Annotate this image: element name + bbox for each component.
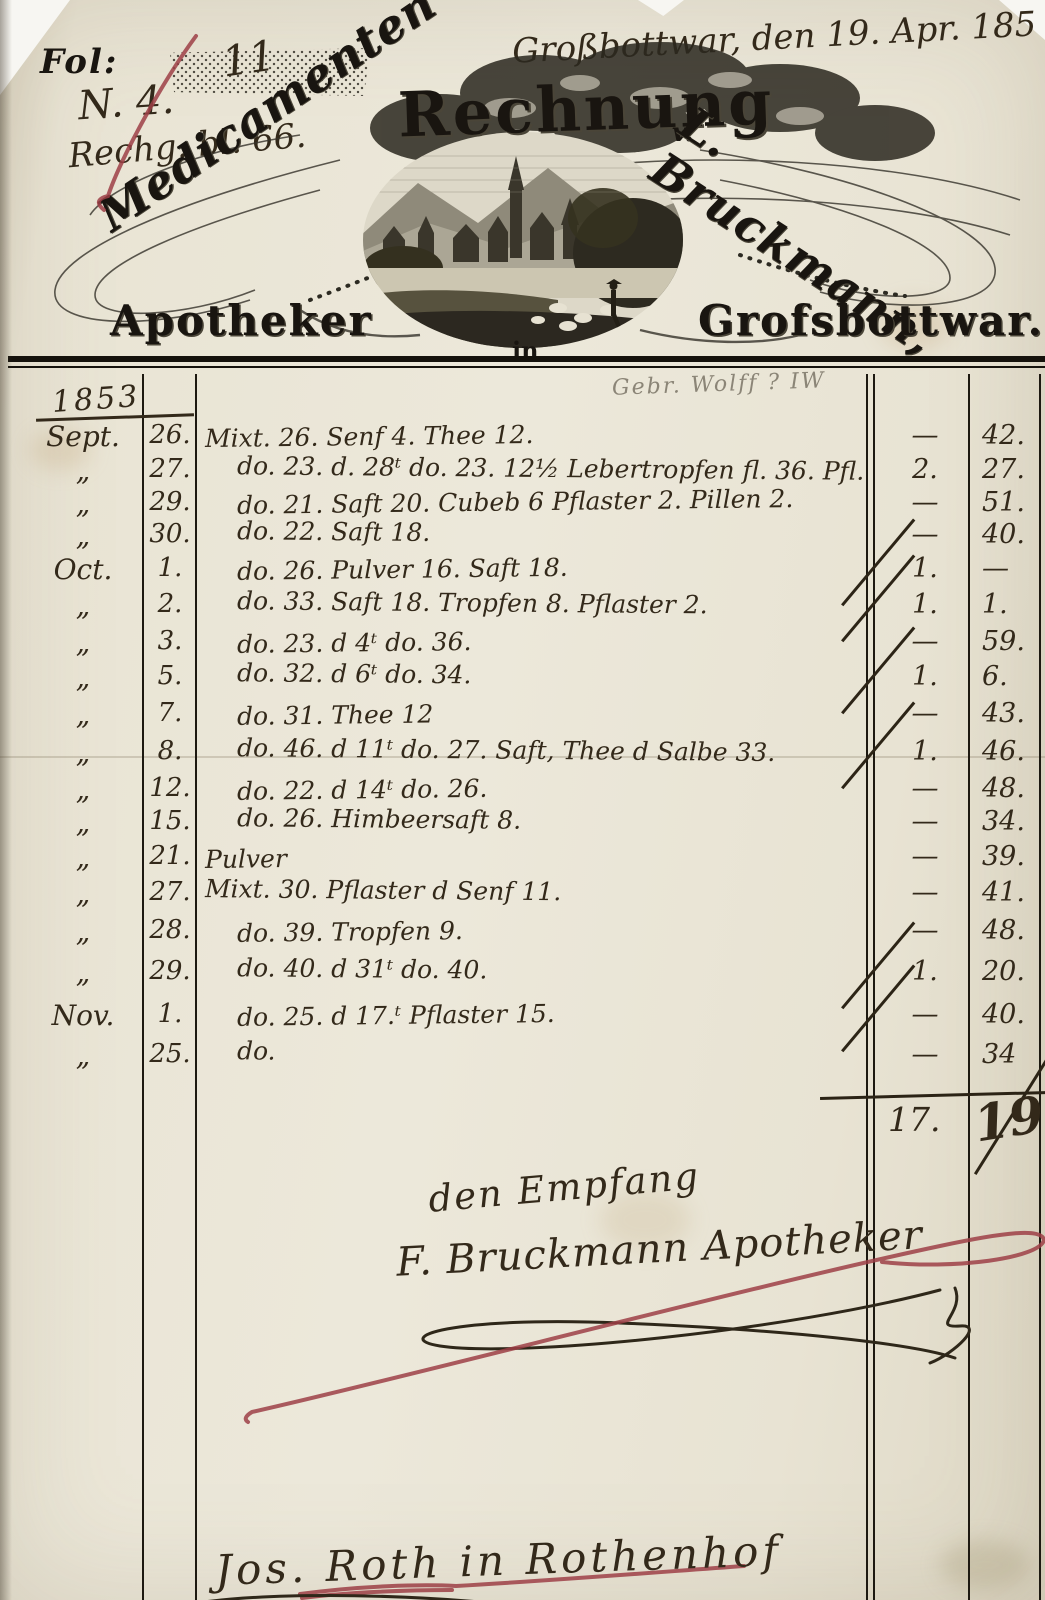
invoice-document: Fol: 11 N. 4. Rechg. bl. 66. Großbottwar…: [0, 0, 1045, 1600]
scan-edge-shadow: [0, 0, 12, 1600]
red-crayon-marks: [0, 0, 1045, 1600]
bottom-flourish: [185, 1588, 485, 1600]
